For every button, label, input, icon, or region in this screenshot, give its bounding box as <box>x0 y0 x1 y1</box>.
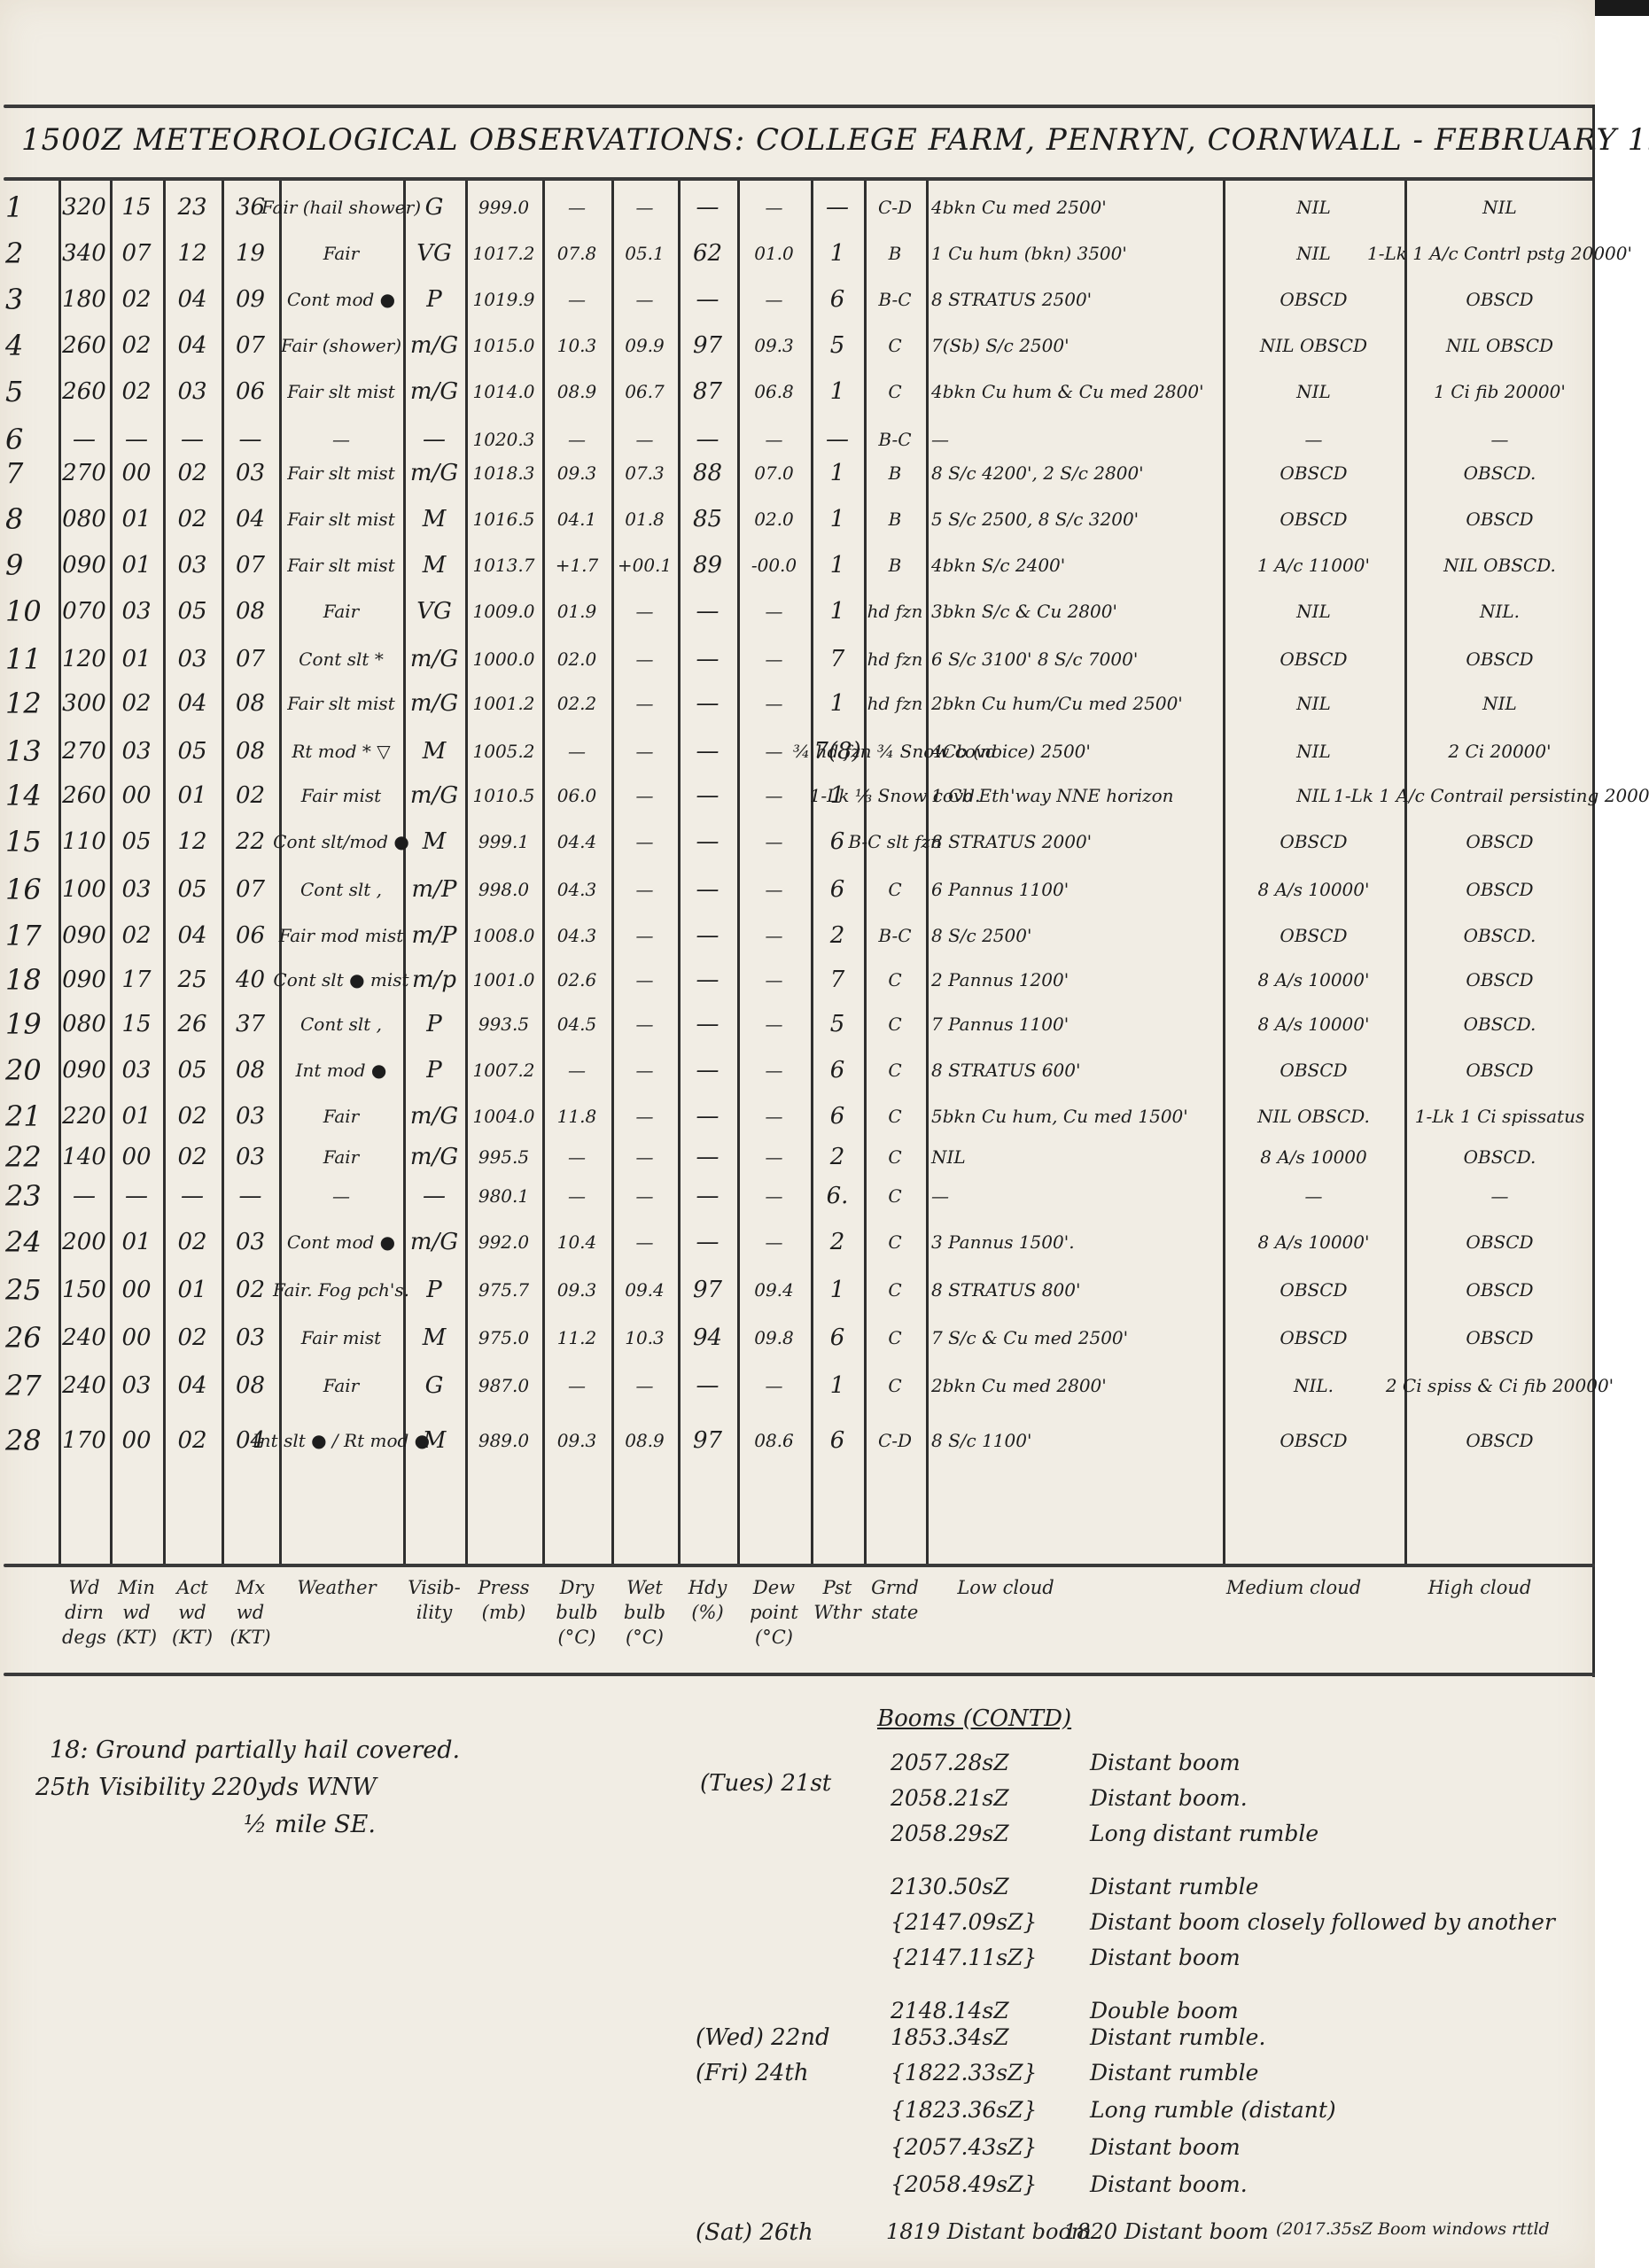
cell-pst: 1 <box>811 1267 864 1313</box>
table-row: 17090020406Fair mod mistm/P1008.004.3———… <box>0 913 1595 959</box>
cell-grnd: C-D <box>864 1417 926 1464</box>
cell-pst: 6 <box>811 1047 864 1093</box>
cell-day: 21 <box>0 1093 64 1139</box>
cell-grnd: C-D <box>864 184 926 230</box>
cell-press: 1001.0 <box>465 957 542 1003</box>
cell-low: 4Cb (noice) 2500' <box>926 728 1228 774</box>
cell-wd: 320 <box>58 184 110 230</box>
cell-wd: 260 <box>58 322 110 369</box>
boom-time: 2130.50sZ <box>891 1874 1090 1899</box>
cell-weather: Fair (shower) <box>279 322 403 369</box>
cell-wet: — <box>611 1093 678 1139</box>
boom-description: Long rumble (distant) <box>1090 2097 1336 2123</box>
cell-weather: Fair <box>279 1363 403 1409</box>
cell-pst: 6 <box>811 1417 864 1464</box>
cell-hdy: 97 <box>678 1417 737 1464</box>
cell-wd: 220 <box>58 1093 110 1139</box>
cell-low: 3 Pannus 1500'. <box>926 1219 1228 1265</box>
cell-weather: Cont mod ● <box>279 276 403 322</box>
cell-hdy: — <box>678 1047 737 1093</box>
cell-act: 03 <box>163 542 222 588</box>
boom-time: (2017.35sZ <box>1276 2219 1373 2239</box>
column-header: Wet bulb (°C) <box>611 1575 678 1650</box>
cell-grnd: hd fzn <box>864 680 926 726</box>
column-header: High cloud <box>1382 1575 1577 1600</box>
cell-vis: m/G <box>403 773 465 819</box>
cell-wd: 080 <box>58 1001 110 1047</box>
cell-wet: 09.9 <box>611 322 678 369</box>
boom-time: 2058.21sZ <box>891 1785 1090 1811</box>
boom-event: 2058.29sZLong distant rumble <box>891 1821 1318 1846</box>
boom-time: 2057.28sZ <box>891 1750 1090 1775</box>
table-row: 15110051222Cont slt/mod ●M999.104.4———6B… <box>0 819 1595 865</box>
cell-high: 1-Lk 1 Ci spissatus <box>1404 1093 1595 1139</box>
cell-high: NIL. <box>1404 588 1595 634</box>
cell-day: 18 <box>0 957 64 1003</box>
cell-weather: Cont slt ● mist <box>279 957 403 1003</box>
cell-hdy: 62 <box>678 230 737 276</box>
cell-wet: 07.3 <box>611 450 678 496</box>
cell-mx: 03 <box>222 450 279 496</box>
cell-high: 1-Lk 1 A/c Contrl pstg 20000' <box>1404 230 1595 276</box>
cell-wd: 090 <box>58 542 110 588</box>
cell-vis: M <box>403 1315 465 1361</box>
cell-wd: 110 <box>58 819 110 865</box>
cell-grnd: C <box>864 1001 926 1047</box>
cell-pst: 5 <box>811 322 864 369</box>
cell-hdy: — <box>678 184 737 230</box>
cell-hdy: 94 <box>678 1315 737 1361</box>
cell-mx: 06 <box>222 913 279 959</box>
cell-mx: 03 <box>222 1093 279 1139</box>
cell-low: 4bkn Cu hum & Cu med 2800' <box>926 369 1228 415</box>
cell-dry: 08.9 <box>542 369 611 415</box>
cell-grnd: C <box>864 866 926 913</box>
cell-low: 6 Pannus 1100' <box>926 866 1228 913</box>
cell-hdy: — <box>678 728 737 774</box>
cell-day: 9 <box>0 542 64 588</box>
cell-grnd: ¾ hd fzn ¾ Snow covd <box>864 728 926 774</box>
cell-weather: Cont slt/mod ● <box>279 819 403 865</box>
cell-hdy: — <box>678 773 737 819</box>
cell-day: 13 <box>0 728 64 774</box>
cell-high: 2 Ci spiss & Ci fib 20000' <box>1404 1363 1595 1409</box>
cell-med: NIL <box>1223 369 1404 415</box>
cell-press: 998.0 <box>465 866 542 913</box>
cell-high: 1-Lk 1 A/c Contrail persisting 20000' <box>1404 773 1595 819</box>
document-page: 1500Z METEOROLOGICAL OBSERVATIONS: COLLE… <box>0 0 1595 2268</box>
cell-wet: 05.1 <box>611 230 678 276</box>
table-bottom-rule <box>4 1564 1595 1567</box>
table-row: 16100030507Cont slt ,m/P998.004.3———6C6 … <box>0 866 1595 913</box>
cell-mx: 37 <box>222 1001 279 1047</box>
cell-weather: Fair mod mist <box>279 913 403 959</box>
cell-dew: — <box>737 1173 811 1219</box>
cell-day: 1 <box>0 184 64 230</box>
cell-wet: — <box>611 1047 678 1093</box>
cell-grnd: C <box>864 1363 926 1409</box>
cell-mx: — <box>222 1173 279 1219</box>
cell-mx: 07 <box>222 322 279 369</box>
cell-grnd: C <box>864 1315 926 1361</box>
boom-description: Double boom <box>1090 1998 1239 2023</box>
cell-hdy: — <box>678 1219 737 1265</box>
cell-vis: m/p <box>403 957 465 1003</box>
cell-med: OBSCD <box>1223 1315 1404 1361</box>
cell-grnd: B-C <box>864 276 926 322</box>
cell-vis: P <box>403 1001 465 1047</box>
cell-dry: 09.3 <box>542 450 611 496</box>
cell-weather: Fair mist <box>279 773 403 819</box>
table-row: 28170000204Int slt ● / Rt mod ●M989.009.… <box>0 1417 1595 1464</box>
boom-time: {2058.49sZ} <box>891 2171 1090 2197</box>
cell-mx: 08 <box>222 728 279 774</box>
cell-wd: 120 <box>58 636 110 682</box>
cell-med: NIL <box>1223 680 1404 726</box>
cell-low: 2bkn Cu hum/Cu med 2500' <box>926 680 1228 726</box>
cell-day: 12 <box>0 680 64 726</box>
cell-min: — <box>110 1173 163 1219</box>
cell-wd: 090 <box>58 957 110 1003</box>
cell-day: 20 <box>0 1047 64 1093</box>
cell-vis: m/G <box>403 1219 465 1265</box>
cell-low: 8 STRATUS 2500' <box>926 276 1228 322</box>
header-rule <box>4 177 1595 181</box>
cell-low: 8 STRATUS 800' <box>926 1267 1228 1313</box>
cell-wet: — <box>611 680 678 726</box>
cell-act: 12 <box>163 819 222 865</box>
cell-wet: 09.4 <box>611 1267 678 1313</box>
cell-press: 1016.5 <box>465 496 542 542</box>
cell-dew: — <box>737 1047 811 1093</box>
cell-high: OBSCD <box>1404 276 1595 322</box>
cell-med: OBSCD <box>1223 450 1404 496</box>
cell-low: 5bkn Cu hum, Cu med 1500' <box>926 1093 1228 1139</box>
cell-vis: P <box>403 1047 465 1093</box>
cell-weather: Fair slt mist <box>279 680 403 726</box>
cell-mx: 07 <box>222 636 279 682</box>
cell-med: OBSCD <box>1223 913 1404 959</box>
cell-med: 8 A/s 10000' <box>1223 1001 1404 1047</box>
cell-min: 00 <box>110 1417 163 1464</box>
column-header: Pst Wthr <box>811 1575 864 1625</box>
cell-day: 24 <box>0 1219 64 1265</box>
cell-high: OBSCD <box>1404 866 1595 913</box>
cell-act: 02 <box>163 1093 222 1139</box>
cell-dew: — <box>737 1093 811 1139</box>
cell-min: 17 <box>110 957 163 1003</box>
cell-pst: 1 <box>811 680 864 726</box>
cell-act: 04 <box>163 913 222 959</box>
cell-dew: 08.6 <box>737 1417 811 1464</box>
table-row: 2340071219FairVG1017.207.805.16201.01B1 … <box>0 230 1595 276</box>
cell-high: OBSCD. <box>1404 913 1595 959</box>
cell-wet: — <box>611 1173 678 1219</box>
cell-mx: 07 <box>222 866 279 913</box>
cell-min: 01 <box>110 636 163 682</box>
column-header: Mx wd (KT) <box>222 1575 279 1650</box>
cell-dew: 02.0 <box>737 496 811 542</box>
cell-wd: 270 <box>58 450 110 496</box>
table-row: 23——————980.1————6.C——— <box>0 1173 1595 1219</box>
cell-low: 7 Pannus 1100' <box>926 1001 1228 1047</box>
cell-press: 1013.7 <box>465 542 542 588</box>
cell-wet: — <box>611 1363 678 1409</box>
cell-low: 8 S/c 1100' <box>926 1417 1228 1464</box>
cell-dew: 09.3 <box>737 322 811 369</box>
cell-high: OBSCD <box>1404 496 1595 542</box>
table-row: 24200010203Cont mod ●m/G992.010.4———2C3 … <box>0 1219 1595 1265</box>
cell-low: 2bkn Cu med 2800' <box>926 1363 1228 1409</box>
cell-weather: Cont slt , <box>279 866 403 913</box>
cell-press: 975.0 <box>465 1315 542 1361</box>
cell-day: 10 <box>0 588 64 634</box>
cell-dew: — <box>737 1219 811 1265</box>
cell-vis: m/G <box>403 636 465 682</box>
cell-high: OBSCD <box>1404 1315 1595 1361</box>
column-header: Weather <box>292 1575 381 1600</box>
boom-event: 2057.28sZDistant boom <box>891 1750 1241 1775</box>
cell-weather: Cont slt , <box>279 1001 403 1047</box>
cell-med: OBSCD <box>1223 496 1404 542</box>
boom-event: {2147.11sZ}Distant boom <box>891 1945 1241 1970</box>
cell-pst: 2 <box>811 1219 864 1265</box>
cell-weather: Int slt ● / Rt mod ● <box>279 1417 403 1464</box>
cell-weather: Fair slt mist <box>279 496 403 542</box>
boom-event: {1823.36sZ}Long rumble (distant) <box>891 2097 1336 2123</box>
cell-dry: 04.3 <box>542 866 611 913</box>
cell-grnd: C <box>864 957 926 1003</box>
top-rule <box>4 105 1595 108</box>
cell-min: 02 <box>110 680 163 726</box>
cell-wd: — <box>58 1173 110 1219</box>
cell-mx: 03 <box>222 1219 279 1265</box>
table-row: 14260000102Fair mistm/G1010.506.0———11-L… <box>0 773 1595 819</box>
cell-mx: 06 <box>222 369 279 415</box>
cell-act: 05 <box>163 866 222 913</box>
cell-vis: G <box>403 184 465 230</box>
cell-vis: m/P <box>403 913 465 959</box>
boom-event: 2058.21sZDistant boom. <box>891 1785 1248 1811</box>
cell-vis: VG <box>403 588 465 634</box>
cell-day: 23 <box>0 1173 64 1219</box>
cell-dry: 02.6 <box>542 957 611 1003</box>
cell-wet: — <box>611 1219 678 1265</box>
cell-act: 02 <box>163 1315 222 1361</box>
cell-wd: 170 <box>58 1417 110 1464</box>
cell-wd: 070 <box>58 588 110 634</box>
boom-description: Distant boom <box>1090 1945 1241 1970</box>
cell-weather: Fair slt mist <box>279 450 403 496</box>
boom-description: Distant boom <box>1124 2219 1269 2244</box>
table-row: 20090030508Int mod ●P1007.2————6C8 STRAT… <box>0 1047 1595 1093</box>
table-row: 5260020306Fair slt mistm/G1014.008.906.7… <box>0 369 1595 415</box>
cell-pst: 6. <box>811 1173 864 1219</box>
cell-day: 4 <box>0 322 64 369</box>
cell-act: 03 <box>163 369 222 415</box>
column-header: Medium cloud <box>1205 1575 1382 1600</box>
boom-day: (Tues) 21st <box>700 1770 831 1797</box>
cell-grnd: B-C slt fzn <box>864 819 926 865</box>
cell-mx: 08 <box>222 680 279 726</box>
cell-day: 14 <box>0 773 64 819</box>
cell-low: 4bkn S/c 2400' <box>926 542 1228 588</box>
cell-pst: 5 <box>811 1001 864 1047</box>
cell-med: 8 A/s 10000' <box>1223 957 1404 1003</box>
table-row: 10070030508FairVG1009.001.9———1hd fzn3bk… <box>0 588 1595 634</box>
cell-high: 2 Ci 20000' <box>1404 728 1595 774</box>
cell-weather: Fair slt mist <box>279 369 403 415</box>
cell-weather: Fair <box>279 588 403 634</box>
cell-pst: 6 <box>811 1093 864 1139</box>
boom-event: 1853.34sZDistant rumble. <box>891 2024 1265 2050</box>
cell-low: 8 STRATUS 600' <box>926 1047 1228 1093</box>
cell-dew: 09.4 <box>737 1267 811 1313</box>
boom-description: Distant rumble. <box>1090 2024 1265 2050</box>
cell-pst: 7 <box>811 957 864 1003</box>
cell-dry: — <box>542 1363 611 1409</box>
cell-med: NIL. <box>1223 1363 1404 1409</box>
cell-grnd: C <box>864 1267 926 1313</box>
cell-dew: — <box>737 913 811 959</box>
cell-mx: 08 <box>222 1047 279 1093</box>
cell-low: 5 S/c 2500, 8 S/c 3200' <box>926 496 1228 542</box>
cell-dry: 02.0 <box>542 636 611 682</box>
cell-min: 00 <box>110 1315 163 1361</box>
cell-wet: +00.1 <box>611 542 678 588</box>
cell-high: — <box>1404 1173 1595 1219</box>
cell-min: 00 <box>110 773 163 819</box>
cell-min: 03 <box>110 588 163 634</box>
cell-act: 26 <box>163 1001 222 1047</box>
cell-low: — <box>926 1173 1228 1219</box>
cell-pst: 1 <box>811 496 864 542</box>
cell-hdy: — <box>678 819 737 865</box>
cell-wet: — <box>611 773 678 819</box>
cell-dew: — <box>737 773 811 819</box>
cell-press: 1018.3 <box>465 450 542 496</box>
cell-act: 04 <box>163 1363 222 1409</box>
boom-event: {2058.49sZ}Distant boom. <box>891 2171 1248 2197</box>
cell-low: 8 STRATUS 2000' <box>926 819 1228 865</box>
cell-press: 1004.0 <box>465 1093 542 1139</box>
table-row: 9090010307Fair slt mistM1013.7+1.7+00.18… <box>0 542 1595 588</box>
boom-description: Distant boom closely followed by another <box>1090 1909 1555 1935</box>
cell-act: 05 <box>163 728 222 774</box>
cell-vis: m/G <box>403 1093 465 1139</box>
boom-description: Boom windows rttld <box>1378 2219 1550 2239</box>
boom-event: {2147.09sZ}Distant boom closely followed… <box>891 1909 1555 1935</box>
cell-hdy: — <box>678 913 737 959</box>
cell-dew: — <box>737 680 811 726</box>
cell-hdy: — <box>678 588 737 634</box>
cell-mx: 40 <box>222 957 279 1003</box>
cell-dry: — <box>542 1173 611 1219</box>
cell-med: NIL OBSCD. <box>1223 1093 1404 1139</box>
cell-hdy: 87 <box>678 369 737 415</box>
cell-weather: Fair <box>279 230 403 276</box>
cell-dew: -00.0 <box>737 542 811 588</box>
cell-press: 992.0 <box>465 1219 542 1265</box>
cell-dry: 04.4 <box>542 819 611 865</box>
cell-dry: — <box>542 184 611 230</box>
cell-high: NIL OBSCD. <box>1404 542 1595 588</box>
cell-med: NIL OBSCD <box>1223 322 1404 369</box>
cell-dry: 04.1 <box>542 496 611 542</box>
cell-dew: — <box>737 276 811 322</box>
cell-med: OBSCD <box>1223 1047 1404 1093</box>
cell-hdy: 89 <box>678 542 737 588</box>
cell-press: 1010.5 <box>465 773 542 819</box>
cell-wet: — <box>611 819 678 865</box>
cell-wet: — <box>611 1001 678 1047</box>
cell-grnd: B <box>864 230 926 276</box>
legend-bottom-rule <box>4 1673 1595 1676</box>
note-visibility-2: ½ mile SE. <box>244 1811 376 1838</box>
cell-grnd: C <box>864 1093 926 1139</box>
cell-day: 2 <box>0 230 64 276</box>
cell-med: 8 A/s 10000' <box>1223 1219 1404 1265</box>
cell-press: 1005.2 <box>465 728 542 774</box>
cell-vis: G <box>403 1363 465 1409</box>
boom-time: 1820 <box>1063 2219 1117 2244</box>
cell-day: 17 <box>0 913 64 959</box>
cell-weather: Fair (hail shower) <box>279 184 403 230</box>
cell-grnd: hd fzn <box>864 636 926 682</box>
cell-act: 04 <box>163 322 222 369</box>
cell-press: 1007.2 <box>465 1047 542 1093</box>
cell-hdy: — <box>678 636 737 682</box>
cell-low: 8 S/c 4200', 2 S/c 2800' <box>926 450 1228 496</box>
cell-grnd: C <box>864 369 926 415</box>
cell-pst: 2 <box>811 913 864 959</box>
cell-high: NIL <box>1404 680 1595 726</box>
boom-description: Distant boom. <box>1090 2171 1248 2197</box>
cell-vis: m/P <box>403 866 465 913</box>
cell-wet: 10.3 <box>611 1315 678 1361</box>
cell-med: — <box>1223 1173 1404 1219</box>
cell-low: 1 Cb Eth'way NNE horizon <box>926 773 1228 819</box>
boom-time: 2058.29sZ <box>891 1821 1090 1846</box>
cell-med: 1 A/c 11000' <box>1223 542 1404 588</box>
booms-heading: Booms (CONTD) <box>877 1705 1071 1732</box>
cell-hdy: 88 <box>678 450 737 496</box>
cell-dry: 11.2 <box>542 1315 611 1361</box>
cell-high: OBSCD <box>1404 1417 1595 1464</box>
cell-dry: 01.9 <box>542 588 611 634</box>
cell-mx: 09 <box>222 276 279 322</box>
cell-vis: m/G <box>403 450 465 496</box>
cell-vis: P <box>403 1267 465 1313</box>
cell-min: 15 <box>110 184 163 230</box>
cell-grnd: hd fzn <box>864 588 926 634</box>
cell-act: 02 <box>163 450 222 496</box>
boom-event: (2017.35sZ Boom windows rttld <box>1276 2219 1550 2239</box>
cell-dew: — <box>737 636 811 682</box>
cell-mx: 19 <box>222 230 279 276</box>
boom-event: 1820 Distant boom <box>1063 2219 1269 2244</box>
cell-hdy: — <box>678 1001 737 1047</box>
cell-min: 02 <box>110 276 163 322</box>
table-row: 18090172540Cont slt ● mistm/p1001.002.6—… <box>0 957 1595 1003</box>
cell-vis: m/G <box>403 322 465 369</box>
cell-press: 999.0 <box>465 184 542 230</box>
table-row: 12300020408Fair slt mistm/G1001.202.2———… <box>0 680 1595 726</box>
cell-pst: — <box>811 184 864 230</box>
cell-dry: 07.8 <box>542 230 611 276</box>
cell-pst: 1 <box>811 588 864 634</box>
cell-day: 8 <box>0 496 64 542</box>
